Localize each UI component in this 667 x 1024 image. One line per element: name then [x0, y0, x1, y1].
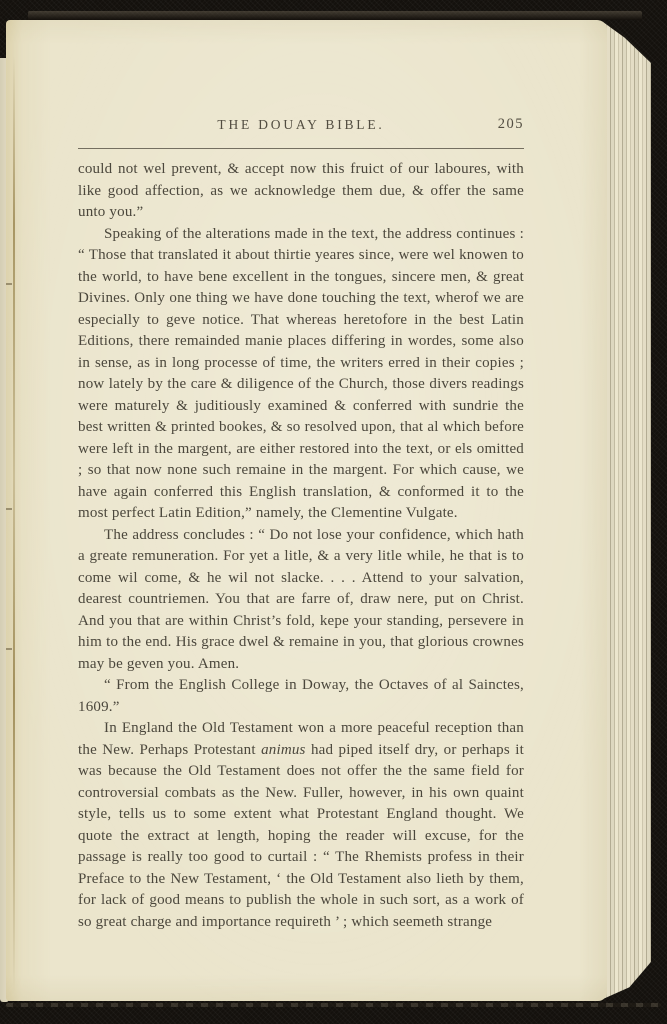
text-segment: Speaking of the alterations made in the …	[78, 226, 524, 522]
page-stack-fore-edge	[603, 22, 651, 999]
page-edge-mark	[6, 508, 12, 510]
body-paragraph: could not wel prevent, & accept now this…	[78, 159, 524, 224]
body-text: could not wel prevent, & accept now this…	[78, 159, 524, 933]
text-segment: could not wel prevent, & accept now this…	[78, 161, 524, 220]
book-photo: THE DOUAY BIBLE. 205 could not wel preve…	[0, 0, 667, 1024]
book-page: THE DOUAY BIBLE. 205 could not wel preve…	[6, 20, 607, 1001]
body-paragraph: “ From the English College in Doway, the…	[78, 675, 524, 718]
book-cover-bottom-edge	[6, 1003, 661, 1007]
body-paragraph: Speaking of the alterations made in the …	[78, 224, 524, 525]
running-header: THE DOUAY BIBLE. 205	[78, 117, 524, 133]
gutter-crease	[13, 56, 15, 992]
page-edge-mark	[6, 283, 12, 285]
italic-text-segment: animus	[261, 742, 306, 758]
text-segment: “ From the English College in Doway, the…	[78, 677, 524, 715]
text-segment: had piped itself dry, or perhaps it was …	[78, 742, 524, 930]
page-text-block: THE DOUAY BIBLE. 205 could not wel preve…	[78, 117, 524, 933]
body-paragraph: In England the Old Testament won a more …	[78, 718, 524, 933]
header-rule	[78, 148, 524, 149]
text-segment: The address concludes : “ Do not lose yo…	[78, 527, 524, 672]
body-paragraph: The address concludes : “ Do not lose yo…	[78, 525, 524, 676]
page-title: THE DOUAY BIBLE.	[217, 117, 384, 132]
page-number: 205	[498, 116, 524, 133]
page-edge-mark	[6, 648, 12, 650]
book-cover-top-edge	[28, 11, 642, 20]
